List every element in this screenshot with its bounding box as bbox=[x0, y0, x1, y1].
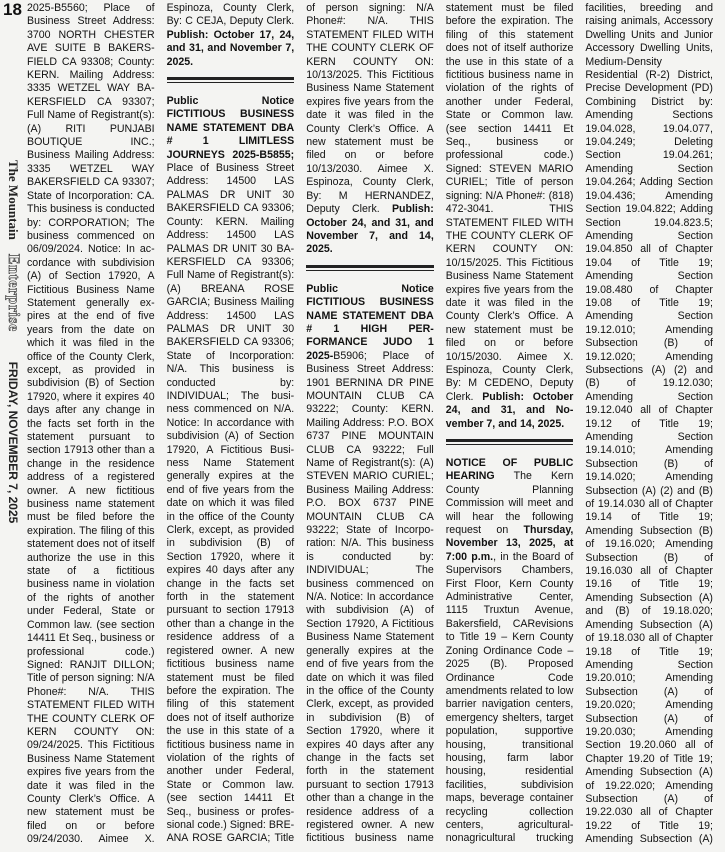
notice-publish-dates: Publish: October 17, 24, and 31, and Nov… bbox=[167, 29, 295, 68]
column-1: 2025-B5560; Place of Business Street Add… bbox=[27, 2, 713, 850]
notice-divider bbox=[306, 265, 434, 271]
vertical-masthead: The Mountain Enterprise FRIDAY, NOVEMBER… bbox=[2, 160, 24, 460]
page-number: 18 bbox=[3, 1, 22, 19]
notice-heading: Public Notice FICTITIOUS BUSINESS NAME S… bbox=[167, 95, 295, 161]
notice-divider bbox=[167, 77, 295, 83]
masthead-prefix: The Mountain bbox=[5, 160, 21, 240]
masthead-logo: Enterprise bbox=[4, 254, 22, 332]
notice-divider bbox=[446, 439, 574, 445]
issue-date: FRIDAY, NOVEMBER 7, 2025 bbox=[6, 362, 20, 524]
